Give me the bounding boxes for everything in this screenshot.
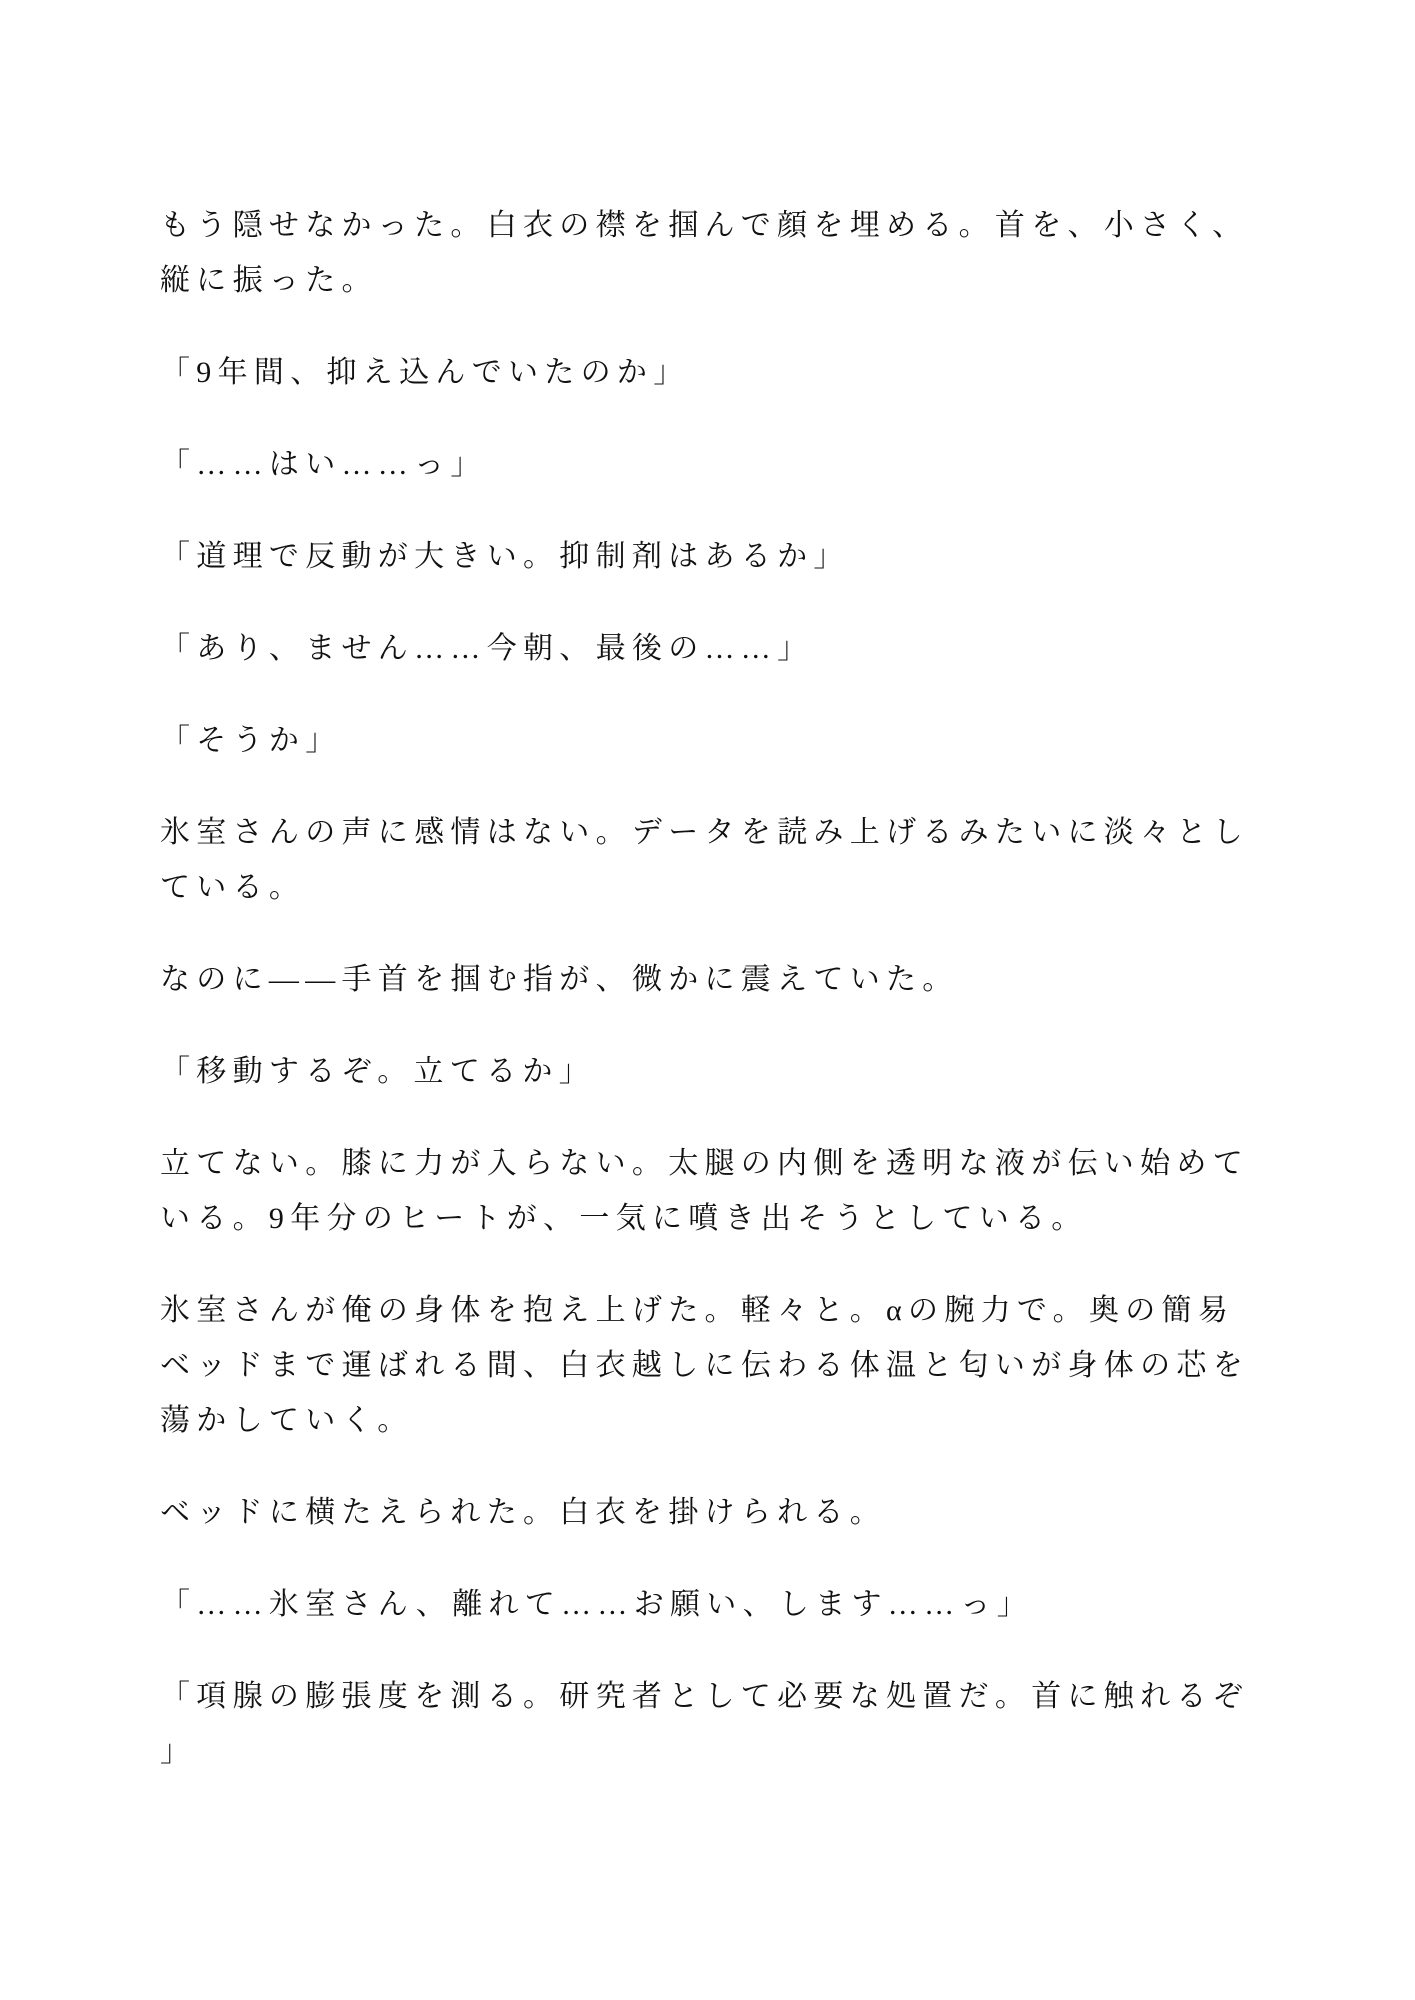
- paragraph: 「……氷室さん、離れて……お願い、します……っ」: [160, 1577, 1252, 1632]
- paragraph: 「そうか」: [160, 713, 1252, 768]
- paragraph: 「項腺の膨張度を測る。研究者として必要な処置だ。首に触れるぞ」: [160, 1669, 1252, 1779]
- text-content: もう隠せなかった。白衣の襟を掴んで顔を埋める。首を、小さく、縦に振った。「9年間…: [160, 198, 1252, 1816]
- paragraph: 立てない。膝に力が入らない。太腿の内側を透明な液が伝い始めている。9年分のヒート…: [160, 1136, 1252, 1246]
- paragraph: 「道理で反動が大きい。抑制剤はあるか」: [160, 529, 1252, 584]
- paragraph: 「移動するぞ。立てるか」: [160, 1044, 1252, 1099]
- paragraph: 「9年間、抑え込んでいたのか」: [160, 345, 1252, 400]
- document-page: もう隠せなかった。白衣の襟を掴んで顔を埋める。首を、小さく、縦に振った。「9年間…: [0, 0, 1415, 2000]
- paragraph: もう隠せなかった。白衣の襟を掴んで顔を埋める。首を、小さく、縦に振った。: [160, 198, 1252, 308]
- paragraph: 「あり、ません……今朝、最後の……」: [160, 621, 1252, 676]
- paragraph: 「……はい……っ」: [160, 437, 1252, 492]
- paragraph: ベッドに横たえられた。白衣を掛けられる。: [160, 1485, 1252, 1540]
- paragraph: 氷室さんの声に感情はない。データを読み上げるみたいに淡々としている。: [160, 805, 1252, 915]
- paragraph: なのに——手首を掴む指が、微かに震えていた。: [160, 952, 1252, 1007]
- paragraph: 氷室さんが俺の身体を抱え上げた。軽々と。αの腕力で。奥の簡易ベッドまで運ばれる間…: [160, 1283, 1252, 1448]
